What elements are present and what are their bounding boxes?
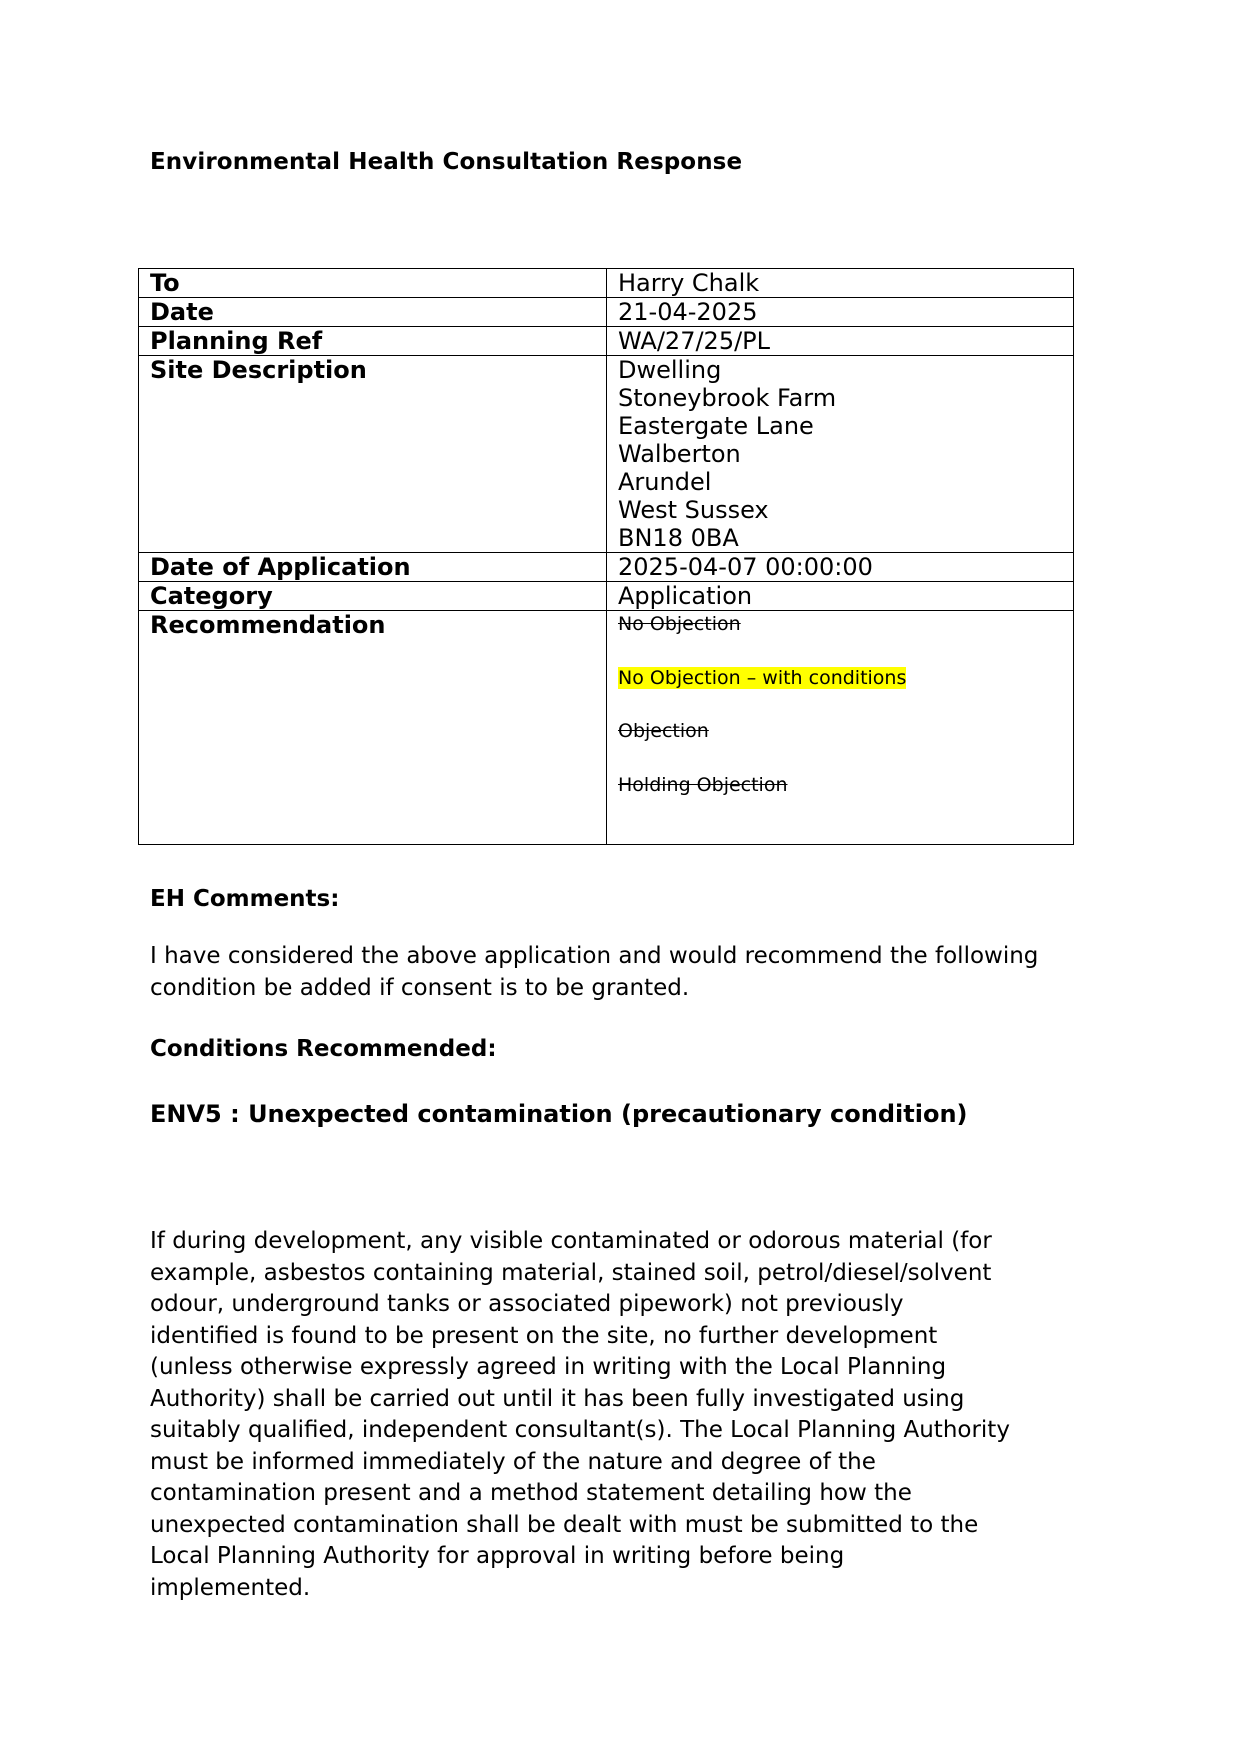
address-line: Dwelling (618, 356, 1073, 384)
consultation-info-table: To Harry Chalk Date 21-04-2025 Planning … (138, 268, 1074, 845)
row-label: Category (139, 582, 607, 611)
row-label: Planning Ref (139, 327, 607, 356)
option-text-struck: Objection (618, 720, 709, 742)
option-text-struck: No Objection (618, 613, 741, 635)
text-line: example, asbestos containing material, s… (150, 1258, 1090, 1290)
text-line: implemented. (150, 1573, 1090, 1605)
address-line: Arundel (618, 468, 1073, 496)
row-label: Site Description (139, 356, 607, 553)
conditions-heading: Conditions Recommended: (150, 1036, 497, 1062)
text-line: identified is found to be present on the… (150, 1321, 1090, 1353)
table-row-date-of-application: Date of Application 2025-04-07 00:00:00 (139, 553, 1074, 582)
row-value-category: Application (607, 582, 1074, 611)
recommendation-option-objection: Objection (618, 718, 1073, 772)
text-line: I have considered the above application … (150, 941, 1090, 973)
row-value-planning-ref: WA/27/25/PL (607, 327, 1074, 356)
address-line: Eastergate Lane (618, 412, 1073, 440)
text-line: odour, underground tanks or associated p… (150, 1289, 1090, 1321)
condition-body: If during development, any visible conta… (150, 1226, 1090, 1604)
condition-title: ENV5 : Unexpected contamination (precaut… (150, 1100, 968, 1128)
table-row-date: Date 21-04-2025 (139, 298, 1074, 327)
option-text-selected: No Objection – with conditions (618, 667, 906, 689)
row-label: Date (139, 298, 607, 327)
eh-comments-heading: EH Comments: (150, 886, 339, 912)
recommendation-options: No Objection No Objection – with conditi… (618, 611, 1073, 844)
row-value-recommendation: No Objection No Objection – with conditi… (607, 611, 1074, 845)
address-line: BN18 0BA (618, 524, 1073, 552)
text-line: must be informed immediately of the natu… (150, 1447, 1090, 1479)
address-line: Walberton (618, 440, 1073, 468)
table-row-planning-ref: Planning Ref WA/27/25/PL (139, 327, 1074, 356)
text-line: contamination present and a method state… (150, 1478, 1090, 1510)
table-row-to: To Harry Chalk (139, 269, 1074, 298)
text-line: suitably qualified, independent consulta… (150, 1415, 1090, 1447)
address-line: West Sussex (618, 496, 1073, 524)
row-label: To (139, 269, 607, 298)
address-line: Stoneybrook Farm (618, 384, 1073, 412)
recommendation-option-no-objection-with-conditions: No Objection – with conditions (618, 665, 1073, 719)
document-title: Environmental Health Consultation Respon… (150, 149, 742, 175)
table-row-category: Category Application (139, 582, 1074, 611)
row-value-date: 21-04-2025 (607, 298, 1074, 327)
recommendation-option-no-objection: No Objection (618, 611, 1073, 665)
row-label: Date of Application (139, 553, 607, 582)
row-value-to: Harry Chalk (607, 269, 1074, 298)
text-line: (unless otherwise expressly agreed in wr… (150, 1352, 1090, 1384)
text-line: Authority) shall be carried out until it… (150, 1384, 1090, 1416)
text-line: If during development, any visible conta… (150, 1226, 1090, 1258)
table-row-site-description: Site Description Dwelling Stoneybrook Fa… (139, 356, 1074, 553)
text-line: Local Planning Authority for approval in… (150, 1541, 1090, 1573)
option-text-struck: Holding Objection (618, 774, 788, 796)
row-label: Recommendation (139, 611, 607, 845)
table-row-recommendation: Recommendation No Objection No Objection… (139, 611, 1074, 845)
text-line: condition be added if consent is to be g… (150, 973, 1090, 1005)
row-value-date-of-application: 2025-04-07 00:00:00 (607, 553, 1074, 582)
text-line: unexpected contamination shall be dealt … (150, 1510, 1090, 1542)
eh-comments-text: I have considered the above application … (150, 941, 1090, 1004)
recommendation-option-holding-objection: Holding Objection (618, 772, 1073, 798)
row-value-site-description: Dwelling Stoneybrook Farm Eastergate Lan… (607, 356, 1074, 553)
